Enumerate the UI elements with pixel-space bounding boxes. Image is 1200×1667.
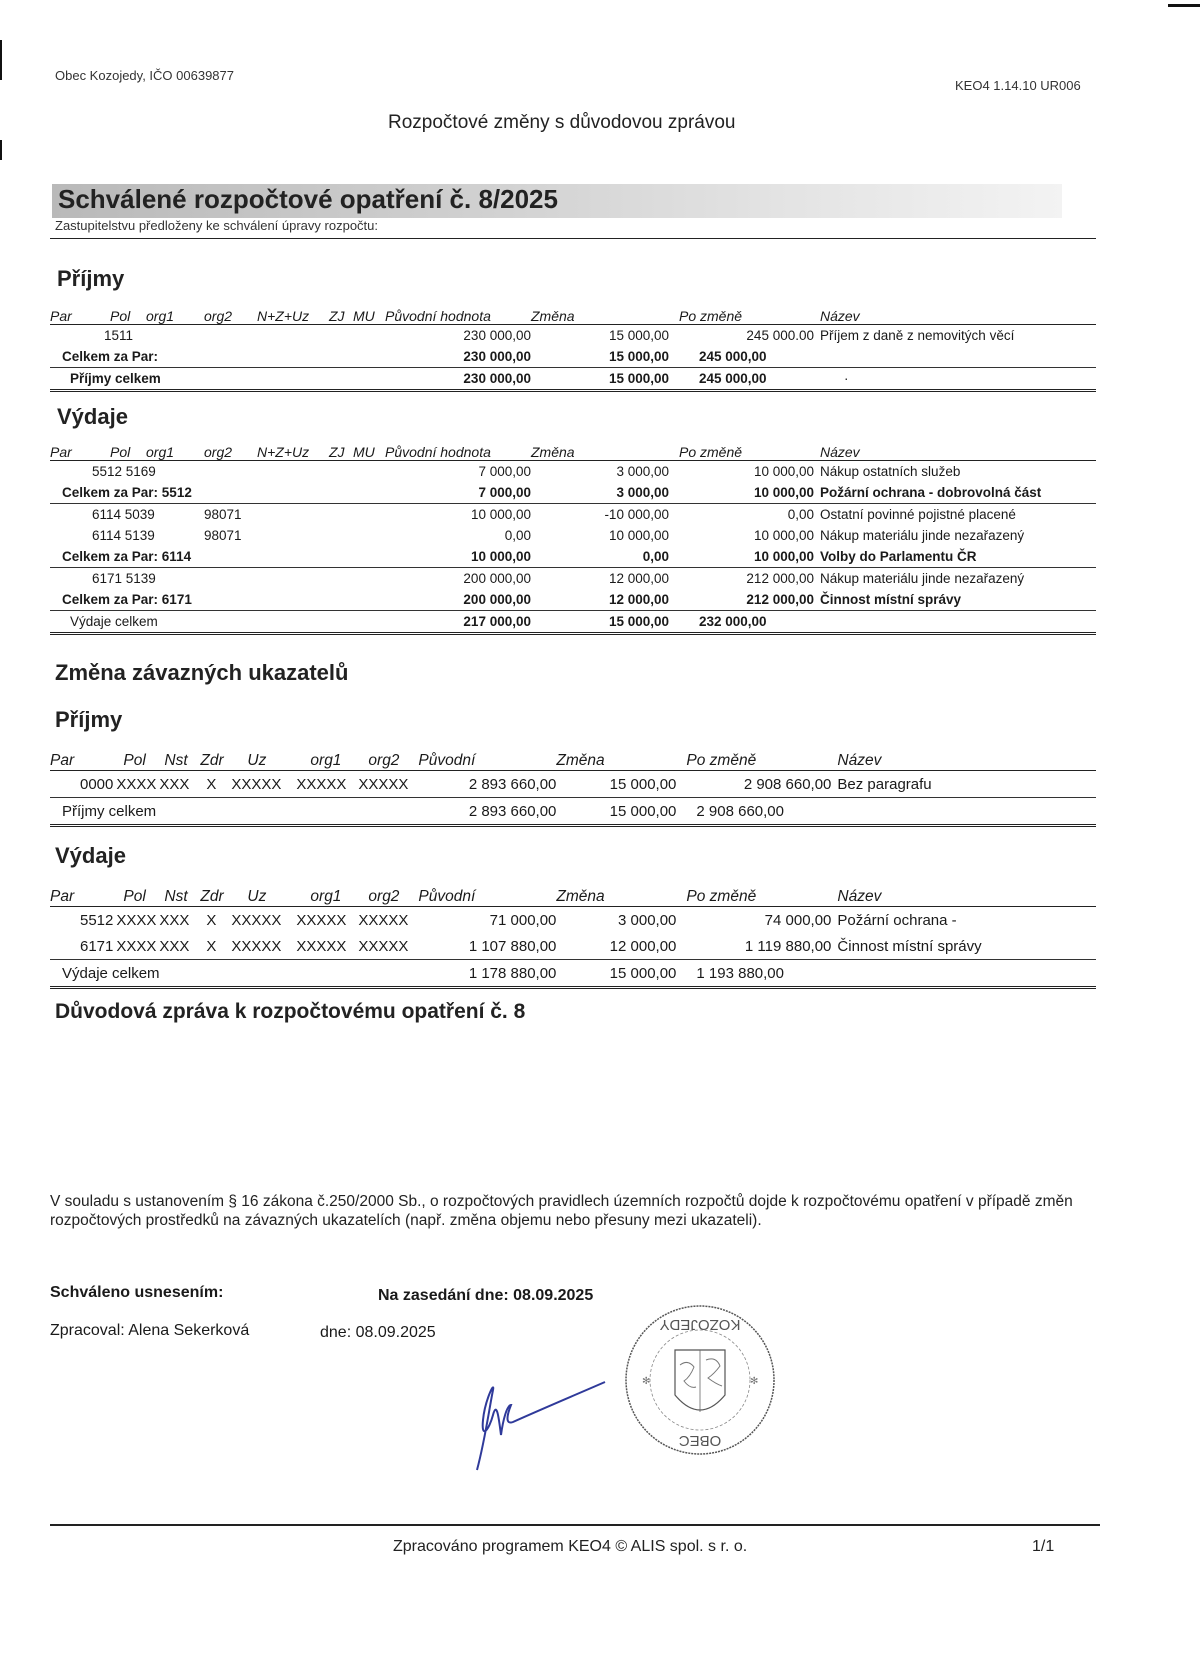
col-org2: org2 (198, 300, 253, 325)
cell-puvodni: 1 107 880,00 (418, 933, 556, 960)
col-nst: Nst (156, 878, 196, 907)
cell-uz: XXXXX (231, 771, 296, 798)
total-row: Příjmy celkem 230 000,00 15 000,00 245 0… (50, 368, 1096, 391)
cell-zmena: 12 000,00 (556, 933, 686, 960)
cell-label: Celkem za Par: 6171 (50, 589, 381, 611)
col-nazev: Název (814, 436, 1096, 461)
footer-credit: Zpracováno programem KEO4 © ALIS spol. s… (393, 1538, 747, 1556)
prijmy-table: Par Pol org1 org2 N+Z+Uz ZJ MU Původní h… (50, 300, 1096, 392)
cell-puvodni: 230 000,00 (381, 368, 531, 391)
col-org2: org2 (198, 436, 253, 461)
col-pol: Pol (102, 436, 140, 461)
cell-nazev: Ostatní povinné pojistné placené (814, 504, 1096, 526)
cell-puvodni: 200 000,00 (381, 589, 531, 611)
cell-zmena: 12 000,00 (531, 568, 679, 590)
cell-zmena: 15 000,00 (556, 798, 686, 826)
cell-po-zmene: 0,00 (679, 504, 814, 526)
section-heading-prijmy: Příjmy (57, 266, 124, 292)
cell-puvodni: 217 000,00 (381, 611, 531, 634)
zavazne-prijmy-table: ParPolNstZdrUzorg1org2PůvodníZměnaPo změ… (50, 742, 1096, 827)
col-po-zmene: Po změně (686, 742, 831, 771)
col-org1: org1 (296, 742, 358, 771)
cell-nazev: Činnost místní správy (831, 933, 1096, 960)
processed-date: dne: 08.09.2025 (320, 1324, 436, 1342)
col-uz: Uz (231, 742, 296, 771)
cell-nazev: Nákup ostatních služeb (814, 461, 1096, 483)
cell-org2: XXXXX (358, 933, 418, 960)
cell-nazev (814, 611, 1096, 634)
col-nazev: Název (831, 878, 1096, 907)
col-mu: MU (353, 436, 381, 461)
cell-po-zmene: 74 000,00 (686, 907, 831, 934)
cell-org1 (198, 461, 381, 483)
cell-zmena: 15 000,00 (531, 611, 679, 634)
cell-nst: XXX (156, 933, 196, 960)
meeting-date: Na zasedání dne: 08.09.2025 (378, 1287, 593, 1305)
cell-label: Příjmy celkem (50, 798, 418, 826)
cell-puvodni: 200 000,00 (381, 568, 531, 590)
cell-nazev (831, 960, 1096, 988)
cell-label: Celkem za Par: 5512 (50, 482, 381, 504)
col-nzuz: N+Z+Uz (253, 436, 325, 461)
cell-pol: XXXX (113, 933, 156, 960)
cell-zdr: X (196, 933, 231, 960)
col-org1: org1 (296, 878, 358, 907)
col-nazev: Název (814, 300, 1096, 325)
footer-divider (50, 1524, 1100, 1526)
approved-label: Schváleno usnesením: (50, 1284, 223, 1302)
section-heading-zavazne: Změna závazných ukazatelů (55, 660, 348, 686)
table-header: Par Pol org1 org2 N+Z+Uz ZJ MU Původní h… (50, 300, 1096, 325)
cell-po-zmene: 245 000.00 (679, 325, 814, 347)
cell-zmena: 10 000,00 (531, 525, 679, 546)
page-number: 1/1 (1032, 1538, 1054, 1556)
cell-po-zmene: 1 119 880,00 (686, 933, 831, 960)
col-puvodni: Původní hodnota (381, 436, 531, 461)
cell-org1: XXXXX (296, 771, 358, 798)
subtitle: Zastupitelstvu předloženy ke schválení ú… (55, 218, 378, 233)
cell-label: Příjmy celkem (50, 368, 381, 391)
cell-puvodni: 1 178 880,00 (418, 960, 556, 988)
cell-po-zmene: 10 000,00 (679, 525, 814, 546)
cell-par-pol: 6114 5139 (50, 525, 198, 546)
cell-po-zmene: 245 000,00 (679, 368, 814, 391)
signature (455, 1360, 615, 1480)
table-header: ParPolNstZdrUzorg1org2PůvodníZměnaPo změ… (50, 742, 1096, 771)
cell-label: Výdaje celkem (50, 611, 381, 634)
organization-label: Obec Kozojedy, IČO 00639877 (55, 68, 234, 83)
col-pol: Pol (113, 878, 156, 907)
cell-po-zmene: 10 000,00 (679, 482, 814, 504)
cell-org1: 98071 (198, 504, 381, 526)
cell-puvodni: 10 000,00 (381, 546, 531, 568)
cell-puvodni: 7 000,00 (381, 482, 531, 504)
table-row: 0000XXXXXXXXXXXXXXXXXXXXXXX2 893 660,001… (50, 771, 1096, 798)
col-par: Par (50, 742, 113, 771)
table-row: 6114 5139980710,0010 000,0010 000,00Náku… (50, 525, 1096, 546)
cell-puvodni: 230 000,00 (381, 346, 531, 368)
cell-nazev: Činnost místní správy (814, 589, 1096, 611)
cell-nazev (814, 346, 1096, 368)
cell-po-zmene: 2 908 660,00 (686, 771, 831, 798)
cell-nazev: · (814, 368, 1096, 391)
scan-mark (0, 40, 2, 80)
subtotal-row: Celkem za Par: 6171200 000,0012 000,0021… (50, 589, 1096, 611)
col-zj: ZJ (325, 300, 353, 325)
table-row: 6171 5139200 000,0012 000,00212 000,00Ná… (50, 568, 1096, 590)
stamp-star-icon: ✻ (750, 1376, 758, 1387)
cell-par: 6171 (50, 933, 113, 960)
cell-puvodni: 2 893 660,00 (418, 771, 556, 798)
cell-nazev (831, 798, 1096, 826)
col-zmena: Změna (531, 300, 679, 325)
cell-zmena: 15 000,00 (556, 960, 686, 988)
cell-po-zmene: 1 193 880,00 (686, 960, 831, 988)
cell-puvodni: 2 893 660,00 (418, 798, 556, 826)
divider (50, 238, 1096, 239)
cell-po-zmene: 245 000,00 (679, 346, 814, 368)
cell-nst: XXX (156, 771, 196, 798)
cell-label: Výdaje celkem (50, 960, 418, 988)
table-row: 5512XXXXXXXXXXXXXXXXXXXXXXX71 000,003 00… (50, 907, 1096, 934)
section-heading-duvodova: Důvodová zpráva k rozpočtovému opatření … (55, 1000, 525, 1024)
stamp-text-bottom: OBEC (679, 1432, 722, 1449)
cell-pol: 1511 (102, 325, 381, 347)
cell-par: 0000 (50, 771, 113, 798)
col-puvodni: Původní (418, 742, 556, 771)
cell-par-pol: 6171 5139 (50, 568, 198, 590)
cell-nazev: Volby do Parlamentu ČR (814, 546, 1096, 568)
cell-po-zmene: 212 000,00 (679, 568, 814, 590)
col-zdr: Zdr (196, 878, 231, 907)
scan-mark (1168, 4, 1200, 7)
cell-zmena: 15 000,00 (531, 346, 679, 368)
col-org1: org1 (140, 436, 198, 461)
explanation-paragraph: V souladu s ustanovením § 16 zákona č.25… (50, 1192, 1100, 1230)
processed-by: Zpracoval: Alena Sekerková (50, 1322, 249, 1340)
cell-zmena: 15 000,00 (531, 368, 679, 391)
program-code: KEO4 1.14.10 UR006 (955, 78, 1081, 93)
cell-puvodni: 10 000,00 (381, 504, 531, 526)
cell-po-zmene: 232 000,00 (679, 611, 814, 634)
col-uz: Uz (231, 878, 296, 907)
section-heading-zavazne-vydaje: Výdaje (55, 843, 126, 869)
col-puvodni: Původní hodnota (381, 300, 531, 325)
cell-par-pol: 5512 5169 (50, 461, 198, 483)
col-par: Par (50, 436, 102, 461)
section-heading-zavazne-prijmy: Příjmy (55, 707, 122, 733)
cell-org1: XXXXX (296, 933, 358, 960)
cell-po-zmene: 212 000,00 (679, 589, 814, 611)
vydaje-table: Par Pol org1 org2 N+Z+Uz ZJ MU Původní h… (50, 436, 1096, 635)
cell-par: 5512 (50, 907, 113, 934)
cell-pol: XXXX (113, 771, 156, 798)
cell-pol: XXXX (113, 907, 156, 934)
cell-zmena: 15 000,00 (531, 325, 679, 347)
col-po-zmene: Po změně (679, 300, 814, 325)
cell-label: Celkem za Par: (50, 346, 381, 368)
cell-uz: XXXXX (231, 907, 296, 934)
cell-zdr: X (196, 907, 231, 934)
table-header: ParPolNstZdrUzorg1org2PůvodníZměnaPo změ… (50, 878, 1096, 907)
cell-zmena: 3 000,00 (556, 907, 686, 934)
table-row: 1511 230 000,00 15 000,00 245 000.00 Pří… (50, 325, 1096, 347)
cell-po-zmene: 2 908 660,00 (686, 798, 831, 826)
cell-nazev: Požární ochrana - (831, 907, 1096, 934)
col-mu: MU (353, 300, 381, 325)
table-header: Par Pol org1 org2 N+Z+Uz ZJ MU Původní h… (50, 436, 1096, 461)
document-title: Rozpočtové změny s důvodovou zprávou (388, 112, 735, 134)
col-par: Par (50, 300, 102, 325)
table-row: 6171XXXXXXXXXXXXXXXXXXXXXXX1 107 880,001… (50, 933, 1096, 960)
zavazne-vydaje-table: ParPolNstZdrUzorg1org2PůvodníZměnaPo změ… (50, 878, 1096, 989)
cell-nazev: Nákup materiálu jinde nezařazený (814, 568, 1096, 590)
stamp-star-icon: ✻ (642, 1376, 650, 1387)
scan-mark (0, 140, 2, 160)
col-po-zmene: Po změně (679, 436, 814, 461)
cell-nst: XXX (156, 907, 196, 934)
cell-puvodni: 230 000,00 (381, 325, 531, 347)
col-org1: org1 (140, 300, 198, 325)
cell-org2: XXXXX (358, 907, 418, 934)
col-nzuz: N+Z+Uz (253, 300, 325, 325)
col-org2: org2 (358, 742, 418, 771)
col-zdr: Zdr (196, 742, 231, 771)
total-row: Příjmy celkem2 893 660,0015 000,002 908 … (50, 798, 1096, 826)
col-par: Par (50, 878, 113, 907)
cell-zmena: -10 000,00 (531, 504, 679, 526)
cell-uz: XXXXX (231, 933, 296, 960)
cell-org2: XXXXX (358, 771, 418, 798)
subtotal-row: Celkem za Par: 55127 000,003 000,0010 00… (50, 482, 1096, 504)
col-puvodni: Původní (418, 878, 556, 907)
stamp-text-top: KOZOJEDY (660, 1316, 741, 1333)
cell-puvodni: 71 000,00 (418, 907, 556, 934)
col-zj: ZJ (325, 436, 353, 461)
col-pol: Pol (113, 742, 156, 771)
col-zmena: Změna (556, 742, 686, 771)
cell-zmena: 15 000,00 (556, 771, 686, 798)
col-nst: Nst (156, 742, 196, 771)
cell-nazev: Příjem z daně z nemovitých věcí (814, 325, 1096, 347)
cell-puvodni: 0,00 (381, 525, 531, 546)
section-heading-vydaje: Výdaje (57, 404, 128, 430)
col-zmena: Změna (556, 878, 686, 907)
cell-zdr: X (196, 771, 231, 798)
cell-org1: 98071 (198, 525, 381, 546)
cell-org1: XXXXX (296, 907, 358, 934)
cell-nazev: Požární ochrana - dobrovolná část (814, 482, 1096, 504)
cell-label: Celkem za Par: 6114 (50, 546, 381, 568)
col-nazev: Název (831, 742, 1096, 771)
total-row: Výdaje celkem1 178 880,0015 000,001 193 … (50, 960, 1096, 988)
total-row: Výdaje celkem217 000,0015 000,00232 000,… (50, 611, 1096, 634)
cell-par-pol: 6114 5039 (50, 504, 198, 526)
table-row: 5512 51697 000,003 000,0010 000,00Nákup … (50, 461, 1096, 483)
cell-po-zmene: 10 000,00 (679, 461, 814, 483)
cell-zmena: 12 000,00 (531, 589, 679, 611)
cell-nazev: Nákup materiálu jinde nezařazený (814, 525, 1096, 546)
main-title: Schválené rozpočtové opatření č. 8/2025 (58, 184, 558, 215)
municipal-stamp: KOZOJEDY OBEC ✻ ✻ (620, 1300, 780, 1460)
col-zmena: Změna (531, 436, 679, 461)
subtotal-row: Celkem za Par: 611410 000,000,0010 000,0… (50, 546, 1096, 568)
table-row: 6114 50399807110 000,00-10 000,000,00Ost… (50, 504, 1096, 526)
col-po-zmene: Po změně (686, 878, 831, 907)
cell-puvodni: 7 000,00 (381, 461, 531, 483)
cell-nazev: Bez paragrafu (831, 771, 1096, 798)
cell-zmena: 3 000,00 (531, 482, 679, 504)
subtotal-row: Celkem za Par: 230 000,00 15 000,00 245 … (50, 346, 1096, 368)
cell-po-zmene: 10 000,00 (679, 546, 814, 568)
cell-org1 (198, 568, 381, 590)
col-org2: org2 (358, 878, 418, 907)
col-pol: Pol (102, 300, 140, 325)
cell-zmena: 0,00 (531, 546, 679, 568)
cell-zmena: 3 000,00 (531, 461, 679, 483)
